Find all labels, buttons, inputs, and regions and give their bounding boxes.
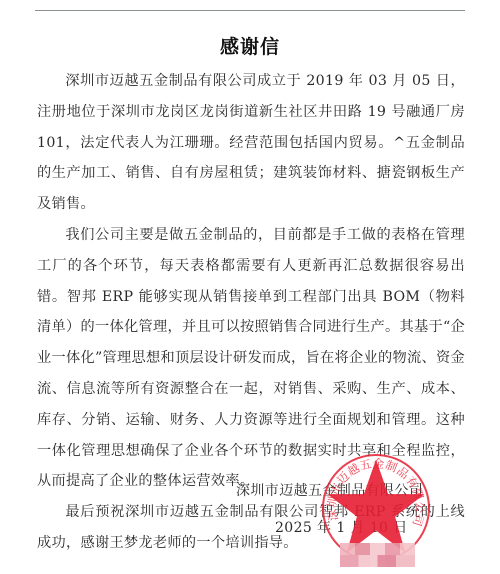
- redacted-seal-number: [340, 543, 415, 567]
- paragraph-company-intro: 深圳市迈越五金制品有限公司成立于 2019 年 03 月 05 日，注册地位于深…: [37, 66, 465, 220]
- letter-title: 感谢信: [0, 32, 500, 59]
- signature-company: 深圳市迈越五金制品有限公司: [236, 480, 423, 500]
- signature-date: 2025 年 1 月 10 日: [275, 517, 408, 537]
- paragraph-erp-description: 我们公司主要是做五金制品的，目前都是手工做的表格在管理工厂的各个环节，每天表格都…: [37, 220, 465, 497]
- header-rule: [35, 10, 465, 11]
